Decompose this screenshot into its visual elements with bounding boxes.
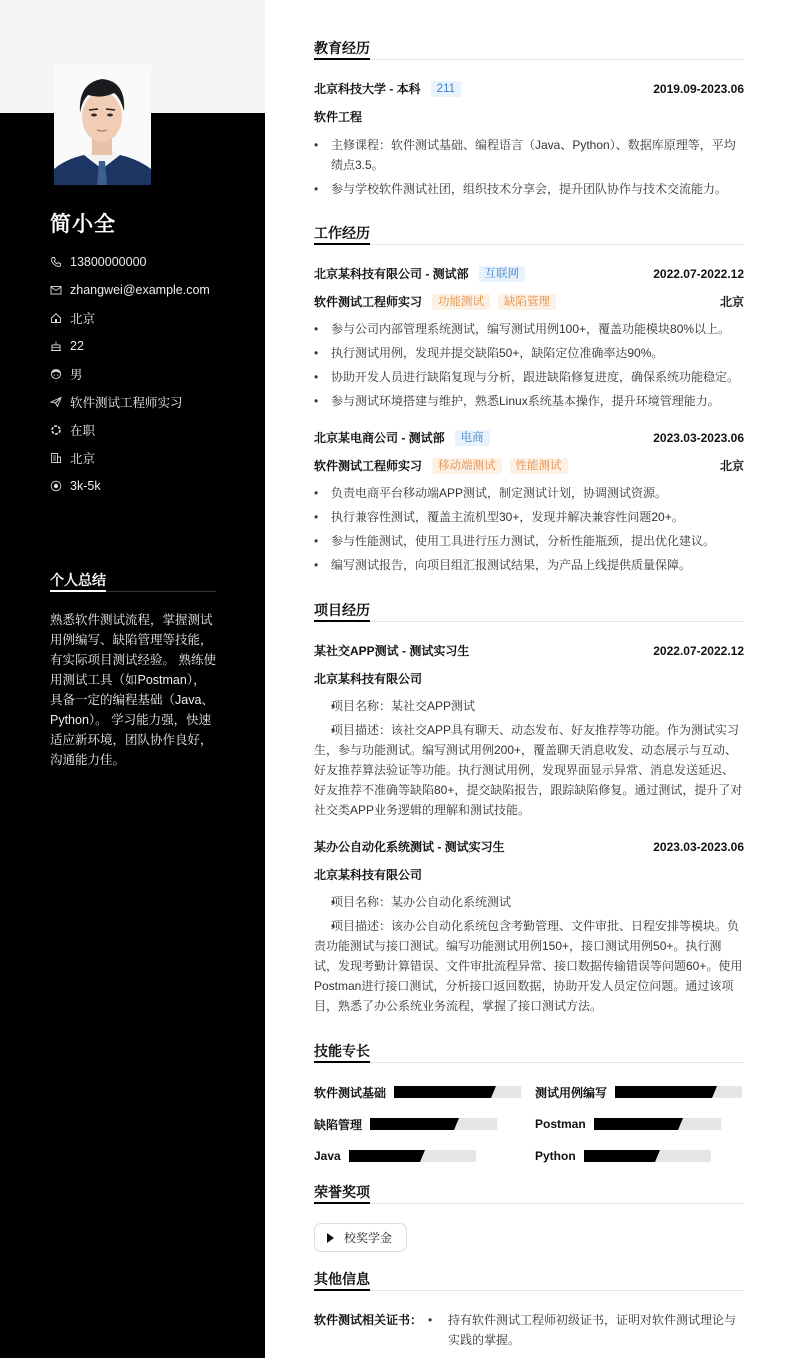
project-bullets: 项目名称：某社交APP测试 项目描述：该社交APP具有聊天、动态发布、好友推荐等…: [314, 696, 744, 824]
job-position-row: 软件测试工程师实习 移动端测试 性能测试 北京: [314, 457, 744, 474]
skill-tag: 移动端测试: [432, 458, 502, 474]
school-name: 北京科技大学 - 本科: [314, 80, 421, 97]
skill-bar: [615, 1086, 742, 1098]
project-company: 北京某科技有限公司: [314, 670, 422, 687]
skill-fill: [370, 1118, 459, 1130]
project-name: 某办公自动化系统测试 - 测试实习生: [314, 838, 505, 855]
age-value: 22: [70, 339, 84, 353]
skill-item: Java: [314, 1148, 476, 1164]
school-tag: 211: [431, 81, 461, 97]
info-hometown: 北京: [50, 304, 210, 332]
list-item: 参与性能测试，使用工具进行压力测试，分析性能瓶颈，提出优化建议。: [314, 531, 744, 551]
list-item-text: 项目名称：某社交APP测试: [331, 699, 475, 713]
skill-tag: 缺陷管理: [498, 294, 556, 310]
work-title: 工作经历: [314, 225, 370, 245]
project-name: 某社交APP测试 - 测试实习生: [314, 642, 469, 659]
sidebar: 简小全 13800000000 zhangwei@example.com 北京 …: [0, 0, 265, 1358]
list-item: 参与测试环境搭建与维护，熟悉Linux系统基本操作，提升环境管理能力。: [314, 391, 744, 411]
summary-text: 熟悉软件测试流程，掌握测试用例编写、缺陷管理等技能，有实际项目测试经验。 熟练使…: [50, 610, 218, 770]
gender-icon: [50, 368, 62, 380]
job-position: 软件测试工程师实习: [314, 457, 422, 474]
skill-bar: [370, 1118, 497, 1130]
other-title: 其他信息: [314, 1271, 370, 1291]
info-salary: 3k-5k: [50, 472, 210, 500]
avatar: [54, 65, 151, 185]
education-title: 教育经历: [314, 40, 370, 60]
phone-value: 13800000000: [70, 255, 146, 269]
skill-label: 软件测试基础: [314, 1084, 386, 1101]
job-city: 北京: [720, 293, 744, 310]
work-section-header: 工作经历: [314, 225, 744, 245]
skill-bar: [349, 1150, 476, 1162]
project-header-row: 某办公自动化系统测试 - 测试实习生 2023.03-2023.06: [314, 838, 744, 855]
info-phone: 13800000000: [50, 248, 210, 276]
contact-info-list: 13800000000 zhangwei@example.com 北京 22 男: [50, 248, 210, 500]
job-intent-value: 软件测试工程师实习: [70, 393, 183, 411]
job-position: 软件测试工程师实习: [314, 293, 422, 310]
list-item-text: 项目描述：该办公自动化系统包含考勤管理、文件审批、日程安排等模块。负责功能测试与…: [314, 919, 742, 1013]
list-item: 协助开发人员进行缺陷复现与分析，跟进缺陷修复进度，确保系统功能稳定。: [314, 367, 744, 387]
education-date: 2019.09-2023.06: [653, 82, 744, 96]
projects-title: 项目经历: [314, 602, 370, 622]
project-date: 2023.03-2023.06: [653, 840, 744, 854]
bullet-dot: •: [422, 1310, 440, 1350]
home-icon: [50, 312, 62, 324]
summary-header: 个人总结: [50, 570, 216, 592]
awards-section-header: 荣誉奖项: [314, 1184, 744, 1204]
list-item-text: 项目描述：该社交APP具有聊天、动态发布、好友推荐等功能。作为测试实习生，参与功…: [314, 723, 742, 817]
skill-item: 测试用例编写: [535, 1084, 742, 1100]
email-value: zhangwei@example.com: [70, 283, 210, 297]
skill-fill: [584, 1150, 660, 1162]
industry-tag: 互联网: [479, 266, 526, 282]
status-value: 在职: [70, 421, 95, 439]
list-item: 执行测试用例，发现并提交缺陷50+，缺陷定位准确率达90%。: [314, 343, 744, 363]
skill-label: 缺陷管理: [314, 1116, 362, 1133]
gender-value: 男: [70, 365, 83, 383]
info-email: zhangwei@example.com: [50, 276, 210, 304]
awards-title: 荣誉奖项: [314, 1184, 370, 1204]
project-company-row: 北京某科技有限公司: [314, 866, 744, 883]
info-work-city: 北京: [50, 444, 210, 472]
mail-icon: [50, 284, 62, 296]
list-item: 主修课程：软件测试基础、编程语言（Java、Python）、数据库原理等，平均绩…: [314, 135, 744, 175]
list-item: 项目名称：某办公自动化系统测试: [314, 892, 744, 912]
job-bullets: 负责电商平台移动端APP测试，制定测试计划，协调测试资源。 执行兼容性测试，覆盖…: [314, 483, 744, 579]
job-date: 2022.07-2022.12: [653, 267, 744, 281]
list-item: 执行兼容性测试，覆盖主流机型30+，发现并解决兼容性问题20+。: [314, 507, 744, 527]
project-company: 北京某科技有限公司: [314, 866, 422, 883]
job-position-row: 软件测试工程师实习 功能测试 缺陷管理 北京: [314, 293, 744, 310]
info-gender: 男: [50, 360, 210, 388]
work-city-value: 北京: [70, 449, 95, 467]
major: 软件工程: [314, 108, 362, 125]
award-label: 校奖学金: [344, 1229, 392, 1246]
project-header-row: 某社交APP测试 - 测试实习生 2022.07-2022.12: [314, 642, 744, 659]
other-info-row: 软件测试相关证书： • 持有软件测试工程师初级证书，证明对软件测试理论与实践的掌…: [314, 1310, 744, 1350]
skill-tag: 性能测试: [510, 458, 568, 474]
skill-tag: 功能测试: [432, 294, 490, 310]
hometown-value: 北京: [70, 309, 95, 327]
info-status: 在职: [50, 416, 210, 444]
skill-item: 缺陷管理: [314, 1116, 497, 1132]
candidate-name: 简小全: [50, 208, 116, 238]
job-header-row: 北京某电商公司 - 测试部 电商 2023.03-2023.06: [314, 429, 744, 446]
job-company: 北京某电商公司 - 测试部: [314, 429, 445, 446]
project-bullets: 项目名称：某办公自动化系统测试 项目描述：该办公自动化系统包含考勤管理、文件审批…: [314, 892, 744, 1020]
list-item: 参与学校软件测试社团，组织技术分享会，提升团队协作与技术交流能力。: [314, 179, 744, 199]
project-company-row: 北京某科技有限公司: [314, 670, 744, 687]
send-icon: [50, 396, 62, 408]
list-item: 负责电商平台移动端APP测试，制定测试计划，协调测试资源。: [314, 483, 744, 503]
skill-label: Postman: [535, 1117, 586, 1131]
job-city: 北京: [720, 457, 744, 474]
cake-icon: [50, 340, 62, 352]
building-icon: [50, 452, 62, 464]
info-age: 22: [50, 332, 210, 360]
other-section-header: 其他信息: [314, 1271, 744, 1291]
portrait-image: [54, 65, 151, 185]
skills-title: 技能专长: [314, 1043, 370, 1063]
list-item: 项目描述：该社交APP具有聊天、动态发布、好友推荐等功能。作为测试实习生，参与功…: [314, 720, 744, 820]
skill-bar: [584, 1150, 711, 1162]
major-row: 软件工程: [314, 108, 744, 125]
skill-fill: [615, 1086, 717, 1098]
list-item: 项目名称：某社交APP测试: [314, 696, 744, 716]
certificate-label: 软件测试相关证书：: [314, 1310, 422, 1350]
list-item: 项目描述：该办公自动化系统包含考勤管理、文件审批、日程安排等模块。负责功能测试与…: [314, 916, 744, 1016]
skill-label: 测试用例编写: [535, 1084, 607, 1101]
summary-title: 个人总结: [50, 570, 106, 592]
industry-tag: 电商: [455, 430, 490, 446]
projects-section-header: 项目经历: [314, 602, 744, 622]
education-bullets: 主修课程：软件测试基础、编程语言（Java、Python）、数据库原理等，平均绩…: [314, 135, 744, 203]
skill-fill: [594, 1118, 683, 1130]
skill-item: Postman: [535, 1116, 721, 1132]
phone-icon: [50, 256, 62, 268]
job-bullets: 参与公司内部管理系统测试，编写测试用例100+，覆盖功能模块80%以上。 执行测…: [314, 319, 744, 415]
skills-section-header: 技能专长: [314, 1043, 744, 1063]
skill-bar: [394, 1086, 521, 1098]
skill-item: 软件测试基础: [314, 1084, 521, 1100]
education-section-header: 教育经历: [314, 40, 744, 60]
skill-item: Python: [535, 1148, 711, 1164]
skill-label: Java: [314, 1149, 341, 1163]
job-date: 2023.03-2023.06: [653, 431, 744, 445]
play-triangle-icon: [327, 1233, 334, 1243]
status-icon: [50, 424, 62, 436]
list-item-text: 项目名称：某办公自动化系统测试: [331, 895, 511, 909]
skill-label: Python: [535, 1149, 576, 1163]
salary-value: 3k-5k: [70, 479, 101, 493]
certificate-text: 持有软件测试工程师初级证书，证明对软件测试理论与实践的掌握。: [440, 1310, 744, 1350]
list-item: 参与公司内部管理系统测试，编写测试用例100+，覆盖功能模块80%以上。: [314, 319, 744, 339]
list-item: 编写测试报告，向项目组汇报测试结果，为产品上线提供质量保障。: [314, 555, 744, 575]
education-header-row: 北京科技大学 - 本科 211 2019.09-2023.06: [314, 80, 744, 97]
project-date: 2022.07-2022.12: [653, 644, 744, 658]
job-header-row: 北京某科技有限公司 - 测试部 互联网 2022.07-2022.12: [314, 265, 744, 282]
info-job-intent: 软件测试工程师实习: [50, 388, 210, 416]
job-company: 北京某科技有限公司 - 测试部: [314, 265, 469, 282]
salary-icon: [50, 480, 62, 492]
award-item-button[interactable]: 校奖学金: [314, 1223, 407, 1252]
skill-bar: [594, 1118, 721, 1130]
skill-fill: [349, 1150, 425, 1162]
skill-fill: [394, 1086, 496, 1098]
